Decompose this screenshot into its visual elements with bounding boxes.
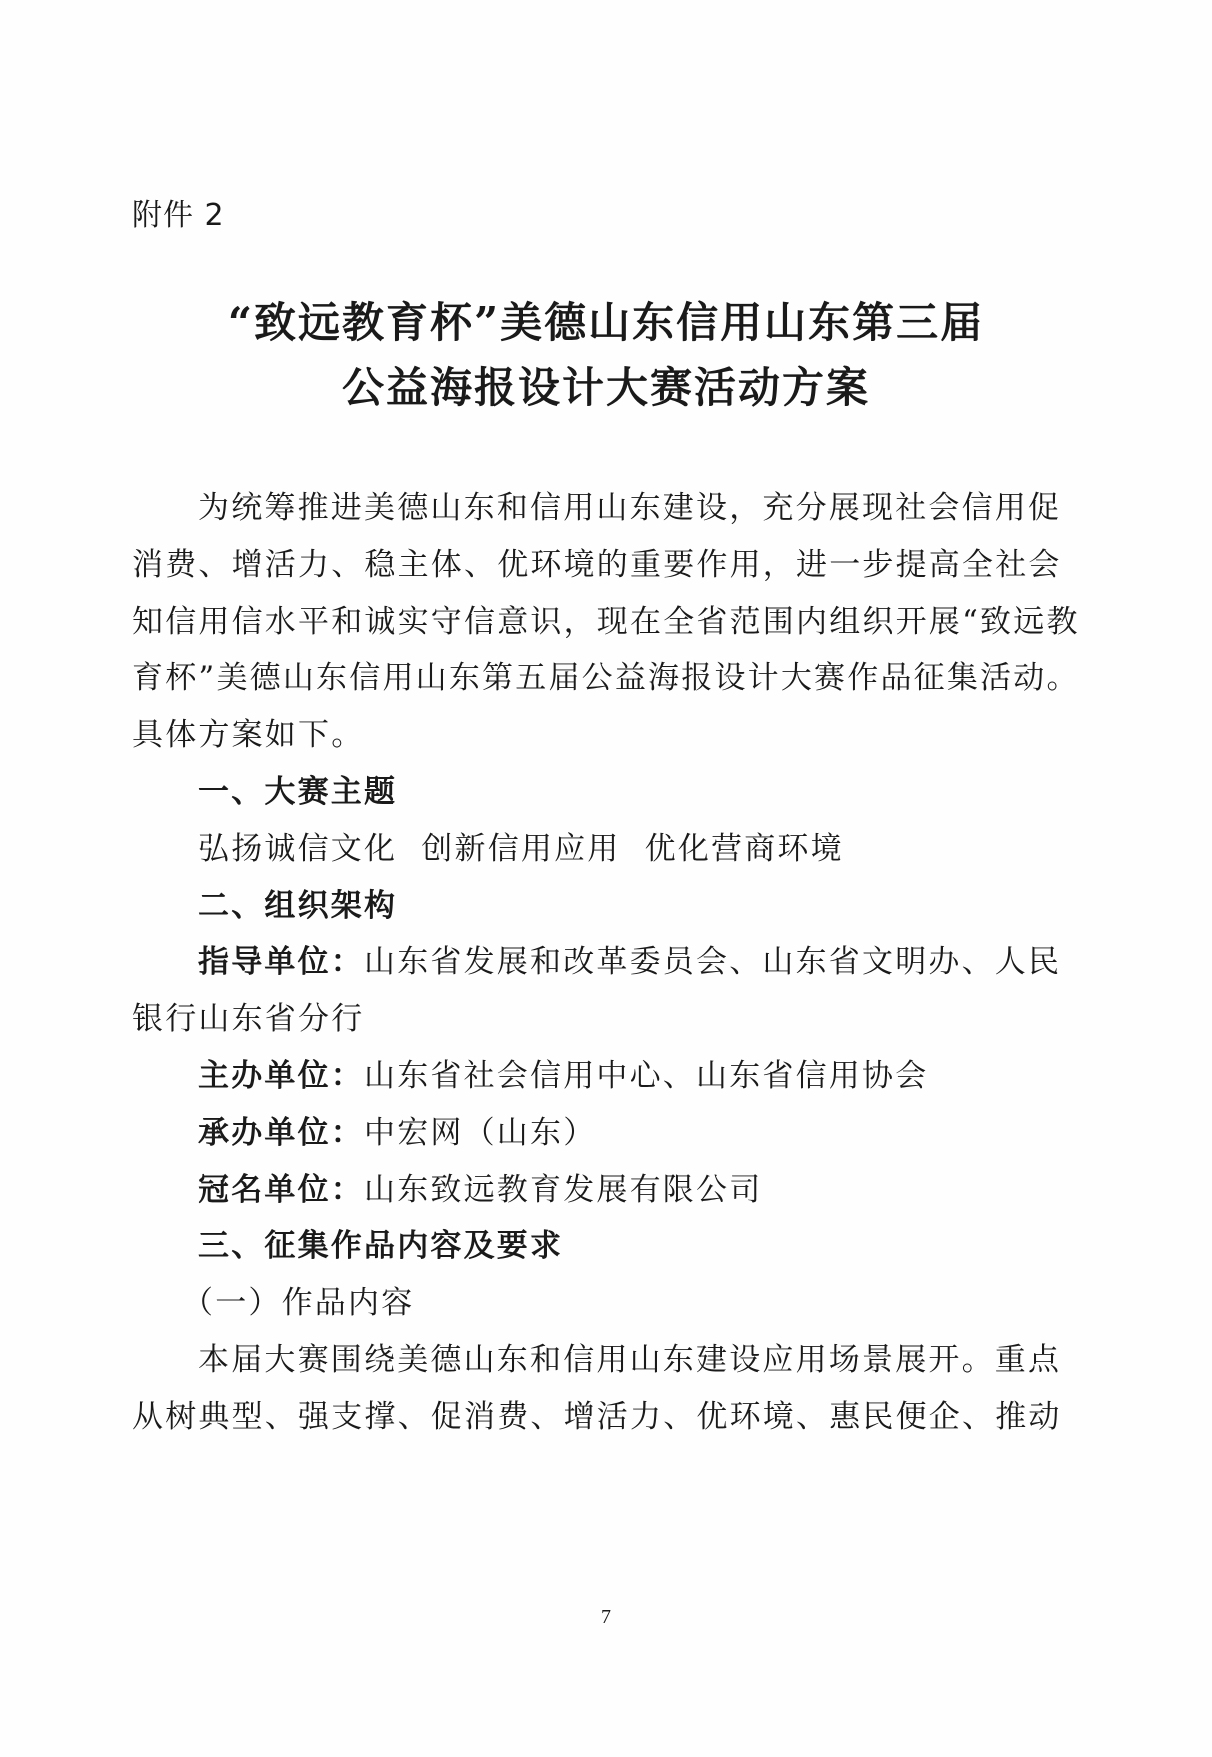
document-title-line1: “致远教育杯”美德山东信用山东第三届 [0,290,1212,350]
content-paragraph: 本届大赛围绕美德山东和信用山东建设应用场景展开。重点从树典型、强支撑、促消费、增… [132,1332,1092,1446]
org-organizer-unit: 承办单位：中宏网（山东） [132,1105,1092,1162]
subsection-heading-content: （一）作品内容 [132,1275,1092,1332]
document-title-line2: 公益海报设计大赛活动方案 [0,355,1212,415]
org-host-unit: 主办单位：山东省社会信用中心、山东省信用协会 [132,1048,1092,1105]
attachment-label: 附件 2 [132,190,225,234]
org-label: 冠名单位： [198,1172,364,1208]
org-label: 主办单位： [198,1058,364,1094]
section-heading-theme: 一、大赛主题 [132,764,1092,821]
org-label: 承办单位： [198,1115,364,1151]
intro-paragraph: 为统筹推进美德山东和信用山东建设，充分展现社会信用促消费、增活力、稳主体、优环境… [132,480,1092,764]
document-page: 附件 2 “致远教育杯”美德山东信用山东第三届 公益海报设计大赛活动方案 为统筹… [0,0,1212,1757]
org-guiding-unit: 指导单位：山东省发展和改革委员会、山东省文明办、人民银行山东省分行 [132,934,1092,1048]
page-number: 7 [0,1606,1212,1629]
org-value: 中宏网（山东） [364,1115,596,1151]
theme-text: 弘扬诚信文化 创新信用应用 优化营商环境 [132,821,1092,878]
section-heading-requirements: 三、征集作品内容及要求 [132,1218,1092,1275]
org-value: 山东省社会信用中心、山东省信用协会 [364,1058,928,1094]
document-body: 为统筹推进美德山东和信用山东建设，充分展现社会信用促消费、增活力、稳主体、优环境… [132,480,1092,1446]
org-label: 指导单位： [198,944,364,980]
section-heading-organization: 二、组织架构 [132,878,1092,935]
org-value: 山东致远教育发展有限公司 [364,1172,762,1208]
org-title-sponsor: 冠名单位：山东致远教育发展有限公司 [132,1162,1092,1219]
